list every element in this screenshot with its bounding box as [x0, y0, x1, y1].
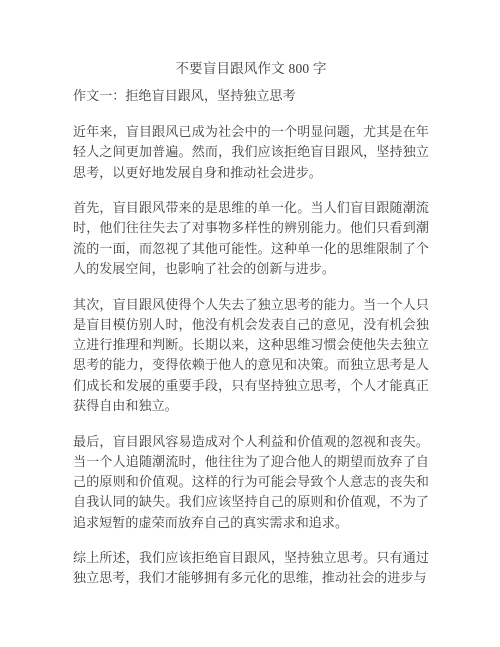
essay-paragraph: 首先，盲目跟风带来的是思维的单一化。当人们盲目跟随潮流时，他们往往失去了对事物多…: [73, 198, 429, 279]
essay-paragraph: 综上所述，我们应该拒绝盲目跟风，坚持独立思考。只有通过独立思考，我们才能够拥有多…: [73, 548, 429, 589]
essay-paragraph: 其次，盲目跟风使得个人失去了独立思考的能力。当一个人只是盲目模仿别人时，他没有机…: [73, 295, 429, 417]
essay-title: 不要盲目跟风作文 800 字: [73, 59, 429, 79]
essay-paragraph: 近年来，盲目跟风已成为社会中的一个明显问题，尤其是在年轻人之间更加普遍。然而，我…: [73, 122, 429, 183]
document-page: 不要盲目跟风作文 800 字 作文一：拒绝盲目跟风，坚持独立思考 近年来，盲目跟…: [0, 0, 500, 647]
essay-content: 不要盲目跟风作文 800 字 作文一：拒绝盲目跟风，坚持独立思考 近年来，盲目跟…: [73, 59, 429, 589]
essay-paragraph: 最后，盲目跟风容易造成对个人利益和价值观的忽视和丧失。当一个人追随潮流时，他往往…: [73, 432, 429, 533]
essay-subtitle: 作文一：拒绝盲目跟风，坚持独立思考: [73, 86, 429, 106]
